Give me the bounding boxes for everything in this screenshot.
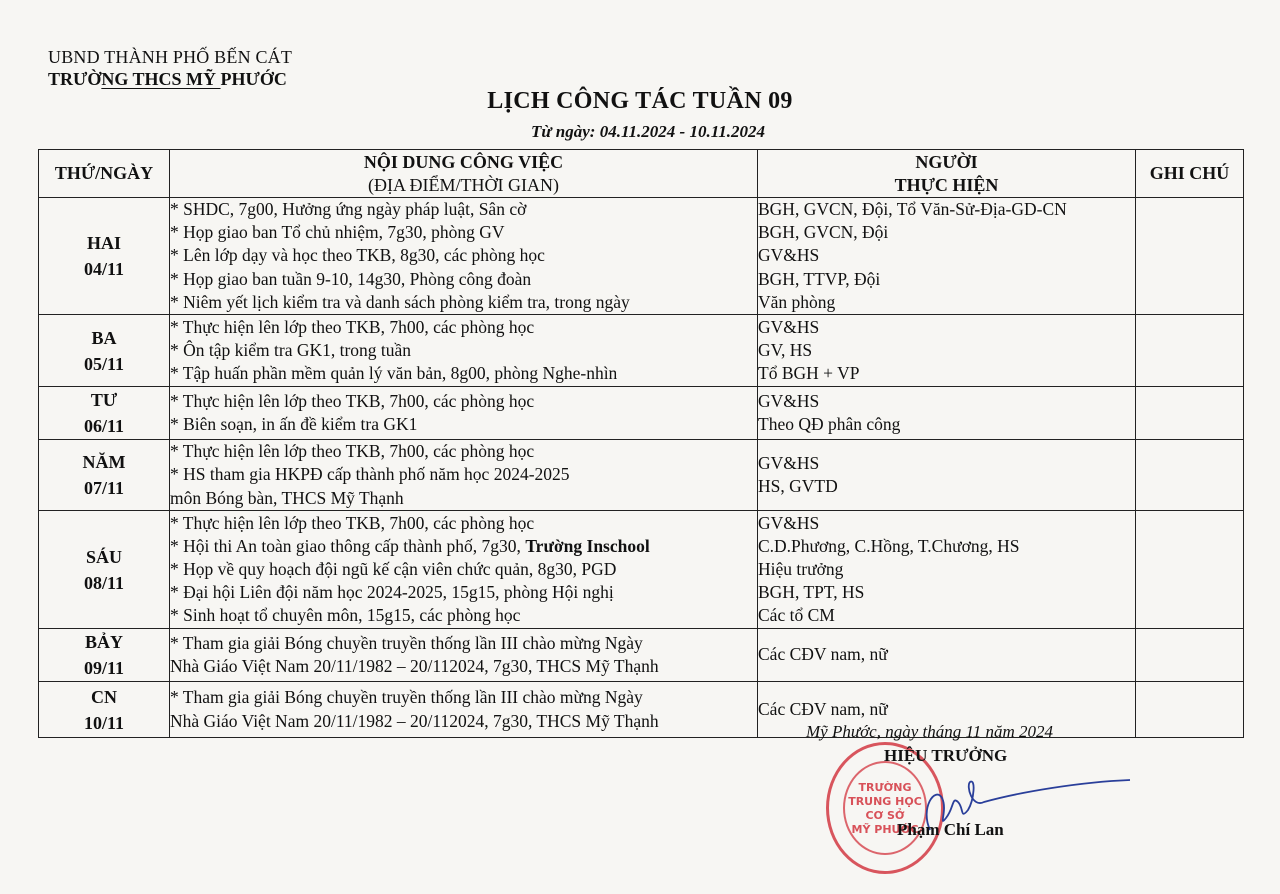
- content-item: * Thực hiện lên lớp theo TKB, 7h00, các …: [170, 512, 757, 535]
- table-row: BA05/11* Thực hiện lên lớp theo TKB, 7h0…: [39, 315, 1244, 387]
- content-item: * Thực hiện lên lớp theo TKB, 7h00, các …: [170, 316, 757, 339]
- date: 07/11: [39, 475, 169, 501]
- content-item: * Ôn tập kiểm tra GK1, trong tuần: [170, 339, 757, 362]
- schedule-table: THỨ/NGÀY NỘI DUNG CÔNG VIỆC (ĐỊA ĐIỂM/TH…: [38, 149, 1244, 738]
- column-header-content: NỘI DUNG CÔNG VIỆC (ĐỊA ĐIỂM/THỜI GIAN): [170, 150, 758, 198]
- person-item: HS, GVTD: [758, 475, 1135, 498]
- note-cell: [1136, 315, 1244, 387]
- column-header-person: NGƯỜI THỰC HIỆN: [758, 150, 1136, 198]
- content-item: * HS tham gia HKPĐ cấp thành phố năm học…: [170, 463, 757, 486]
- org-parent: UBND THÀNH PHỐ BẾN CÁT: [48, 46, 292, 68]
- org-school: TRƯỜNG THCS MỸ PHƯỚC: [48, 68, 292, 90]
- person-item: GV&HS: [758, 390, 1135, 413]
- place-date: Mỹ Phước, ngày tháng 11 năm 2024: [806, 722, 1053, 742]
- date: 05/11: [39, 351, 169, 377]
- person-item: BGH, TTVP, Đội: [758, 268, 1135, 291]
- day-cell: CN10/11: [39, 682, 170, 738]
- weekday: BẢY: [39, 629, 169, 655]
- note-cell: [1136, 629, 1244, 682]
- note-cell: [1136, 198, 1244, 315]
- person-item: GV, HS: [758, 339, 1135, 362]
- table-row: CN10/11* Tham gia giải Bóng chuyền truyề…: [39, 682, 1244, 738]
- content-cell: * Thực hiện lên lớp theo TKB, 7h00, các …: [170, 315, 758, 387]
- person-item: GV&HS: [758, 452, 1135, 475]
- person-cell: Các CĐV nam, nữ: [758, 629, 1136, 682]
- content-cell: * Tham gia giải Bóng chuyền truyền thống…: [170, 629, 758, 682]
- schedule-body: HAI04/11* SHDC, 7g00, Hưởng ứng ngày phá…: [39, 198, 1244, 738]
- content-item: * SHDC, 7g00, Hưởng ứng ngày pháp luật, …: [170, 198, 757, 221]
- person-item: C.D.Phương, C.Hồng, T.Chương, HS: [758, 535, 1135, 558]
- content-item: * Tập huấn phần mềm quản lý văn bản, 8g0…: [170, 362, 757, 385]
- person-item: GV&HS: [758, 244, 1135, 267]
- note-cell: [1136, 440, 1244, 511]
- content-item: * Họp về quy hoạch đội ngũ kế cận viên c…: [170, 558, 757, 581]
- content-item: * Đại hội Liên đội năm học 2024-2025, 15…: [170, 581, 757, 604]
- person-item: Văn phòng: [758, 291, 1135, 314]
- note-cell: [1136, 511, 1244, 629]
- signer-name: Phạm Chí Lan: [897, 820, 1004, 840]
- content-cell: * Thực hiện lên lớp theo TKB, 7h00, các …: [170, 440, 758, 511]
- person-item: Hiệu trưởng: [758, 558, 1135, 581]
- weekday: HAI: [39, 230, 169, 256]
- table-row: NĂM07/11* Thực hiện lên lớp theo TKB, 7h…: [39, 440, 1244, 511]
- content-cell: * Thực hiện lên lớp theo TKB, 7h00, các …: [170, 387, 758, 440]
- content-item: * Sinh hoạt tổ chuyên môn, 15g15, các ph…: [170, 604, 757, 627]
- date: 09/11: [39, 655, 169, 681]
- day-cell: BA05/11: [39, 315, 170, 387]
- date: 06/11: [39, 413, 169, 439]
- day-cell: TƯ06/11: [39, 387, 170, 440]
- person-cell: GV&HSGV, HSTổ BGH + VP: [758, 315, 1136, 387]
- person-item: Các CĐV nam, nữ: [758, 698, 1135, 721]
- date: 10/11: [39, 710, 169, 736]
- weekday: TƯ: [39, 387, 169, 413]
- person-item: Theo QĐ phân công: [758, 413, 1135, 436]
- content-item: * Họp giao ban tuần 9-10, 14g30, Phòng c…: [170, 268, 757, 291]
- table-row: BẢY09/11* Tham gia giải Bóng chuyền truy…: [39, 629, 1244, 682]
- date: 08/11: [39, 570, 169, 596]
- date-range: Từ ngày: 04.11.2024 - 10.11.2024: [0, 122, 1280, 142]
- person-cell: BGH, GVCN, Đội, Tổ Văn-Sử-Địa-GD-CNBGH, …: [758, 198, 1136, 315]
- content-item: môn Bóng bàn, THCS Mỹ Thạnh: [170, 487, 757, 510]
- day-cell: BẢY09/11: [39, 629, 170, 682]
- day-cell: HAI04/11: [39, 198, 170, 315]
- person-item: Các tổ CM: [758, 604, 1135, 627]
- day-cell: NĂM07/11: [39, 440, 170, 511]
- person-cell: GV&HSTheo QĐ phân công: [758, 387, 1136, 440]
- column-header-note: GHI CHÚ: [1136, 150, 1244, 198]
- content-item: * Lên lớp dạy và học theo TKB, 8g30, các…: [170, 244, 757, 267]
- table-row: TƯ06/11* Thực hiện lên lớp theo TKB, 7h0…: [39, 387, 1244, 440]
- content-item: * Thực hiện lên lớp theo TKB, 7h00, các …: [170, 390, 757, 413]
- date: 04/11: [39, 256, 169, 282]
- person-cell: GV&HSC.D.Phương, C.Hồng, T.Chương, HSHiệ…: [758, 511, 1136, 629]
- content-item: * Hội thi An toàn giao thông cấp thành p…: [170, 535, 757, 558]
- weekday: SÁU: [39, 544, 169, 570]
- organization-header: UBND THÀNH PHỐ BẾN CÁT TRƯỜNG THCS MỸ PH…: [48, 46, 292, 90]
- content-item: Nhà Giáo Việt Nam 20/11/1982 – 20/112024…: [170, 655, 757, 678]
- content-item: * Họp giao ban Tổ chủ nhiệm, 7g30, phòng…: [170, 221, 757, 244]
- content-item: * Tham gia giải Bóng chuyền truyền thống…: [170, 632, 757, 655]
- person-item: BGH, GVCN, Đội, Tổ Văn-Sử-Địa-GD-CN: [758, 198, 1135, 221]
- note-cell: [1136, 387, 1244, 440]
- weekday: BA: [39, 325, 169, 351]
- person-item: Các CĐV nam, nữ: [758, 643, 1135, 666]
- content-cell: * Thực hiện lên lớp theo TKB, 7h00, các …: [170, 511, 758, 629]
- weekday: NĂM: [39, 449, 169, 475]
- person-item: GV&HS: [758, 316, 1135, 339]
- table-header-row: THỨ/NGÀY NỘI DUNG CÔNG VIỆC (ĐỊA ĐIỂM/TH…: [39, 150, 1244, 198]
- content-cell: * SHDC, 7g00, Hưởng ứng ngày pháp luật, …: [170, 198, 758, 315]
- person-item: BGH, TPT, HS: [758, 581, 1135, 604]
- day-cell: SÁU08/11: [39, 511, 170, 629]
- note-cell: [1136, 682, 1244, 738]
- table-row: HAI04/11* SHDC, 7g00, Hưởng ứng ngày phá…: [39, 198, 1244, 315]
- content-item: Nhà Giáo Việt Nam 20/11/1982 – 20/112024…: [170, 710, 757, 733]
- content-item: * Thực hiện lên lớp theo TKB, 7h00, các …: [170, 440, 757, 463]
- content-item: * Niêm yết lịch kiểm tra và danh sách ph…: [170, 291, 757, 314]
- person-item: Tổ BGH + VP: [758, 362, 1135, 385]
- table-row: SÁU08/11* Thực hiện lên lớp theo TKB, 7h…: [39, 511, 1244, 629]
- content-item: * Tham gia giải Bóng chuyền truyền thống…: [170, 686, 757, 709]
- column-header-day: THỨ/NGÀY: [39, 150, 170, 198]
- document-title: LỊCH CÔNG TÁC TUẦN 09: [0, 88, 1280, 115]
- person-item: BGH, GVCN, Đội: [758, 221, 1135, 244]
- person-cell: GV&HSHS, GVTD: [758, 440, 1136, 511]
- person-item: GV&HS: [758, 512, 1135, 535]
- signature-title: HIỆU TRƯỞNG: [884, 746, 1007, 766]
- content-emphasis: Trường Inschool: [525, 536, 649, 556]
- content-cell: * Tham gia giải Bóng chuyền truyền thống…: [170, 682, 758, 738]
- content-item: * Biên soạn, in ấn đề kiểm tra GK1: [170, 413, 757, 436]
- weekday: CN: [39, 684, 169, 710]
